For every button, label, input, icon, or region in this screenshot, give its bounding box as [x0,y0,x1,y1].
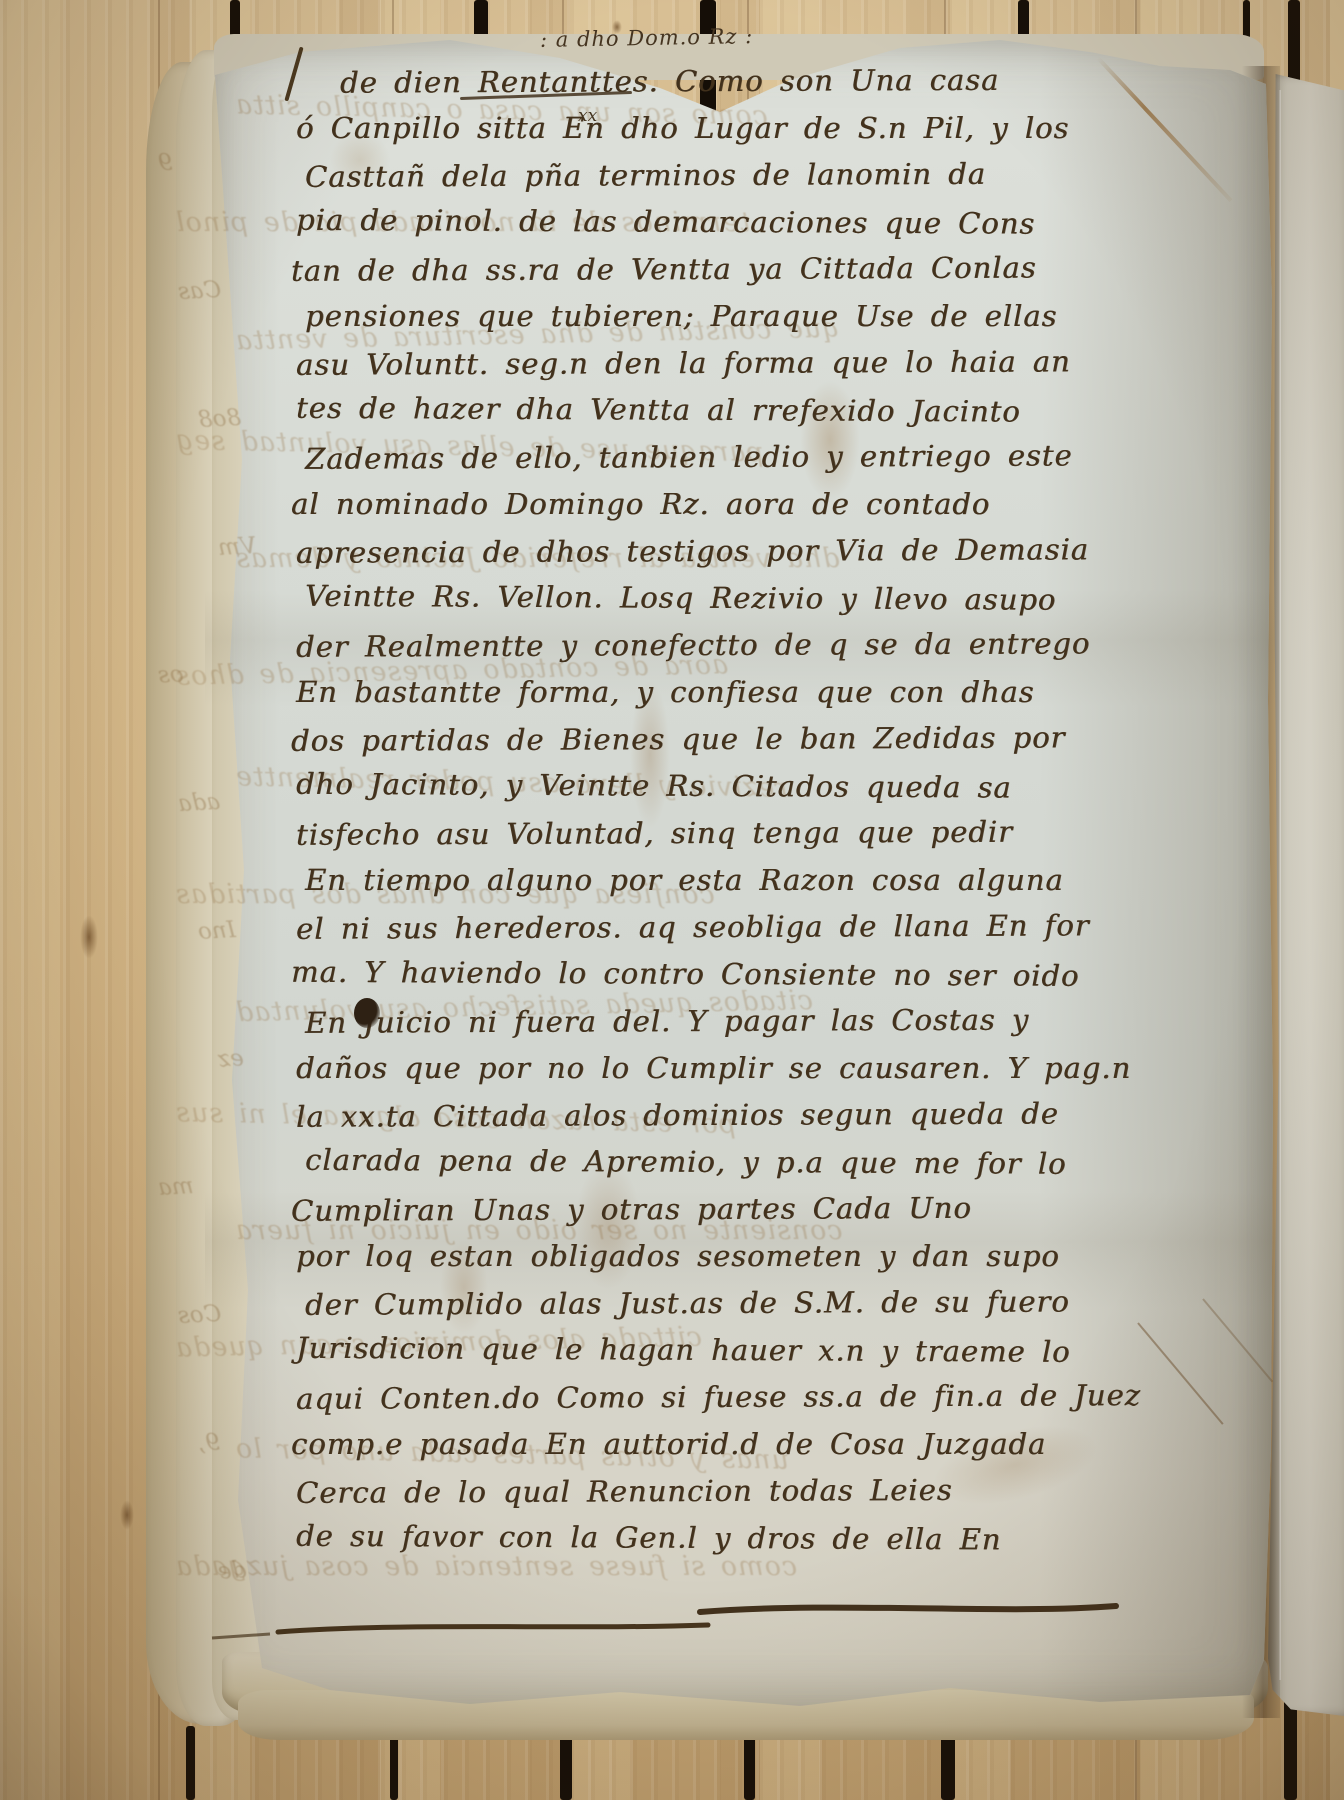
handwriting-line: de su favor con la Gen.l y dros de ella … [296,1513,1141,1564]
ink-blot [354,998,380,1028]
handwriting-line: Jurisdicion que le hagan hauer x.n y tra… [296,1325,1141,1376]
handwriting-line: asu Voluntt. seg.n den la forma que lo h… [296,338,1141,389]
handwriting-line: dos partidas de Bienes que le ban Zedida… [291,714,1141,765]
plank-gap [1284,1700,1297,1800]
handwriting-line: der Cumplido alas Just.as de S.M. de su … [305,1278,1141,1329]
photo-of-manuscript: { "scene_title": "Handwritten Spanish no… [0,0,1344,1800]
handwriting-line: ó Canpillo sitta En dho Lugar de S.n Pil… [296,105,1141,152]
interlinear-note: : a dho Dom.o Rz : [540,24,754,52]
plank-gap [186,1726,195,1800]
handwriting-line: apresencia de dhos testigos por Via de D… [296,526,1141,577]
handwriting-line: En tiempo alguno por esta Razon cosa alg… [305,857,1141,904]
handwriting-line: pensiones que tubieren; Paraque Use de e… [305,293,1141,340]
handwriting-line: tisfecho asu Voluntad, sinq tenga que pe… [296,808,1141,859]
handwriting-line: comp.e pasada En auttorid.d de Cosa Juzg… [291,1421,1141,1468]
handwriting-line: ma. Y haviendo lo contro Consiente no se… [291,949,1141,1000]
handwriting-line: el ni sus herederos. aq seobliga de llan… [296,902,1141,953]
handwriting-line: Cumpliran Unas y otras partes Cada Uno [291,1184,1141,1235]
handwriting-line: pia de pinol. de las demarcaciones que C… [296,197,1141,248]
handwriting-line: En bastantte forma, y confiesa que con d… [296,669,1141,716]
handwriting-block: de dien Rentanttes. Como son Una casaó C… [296,58,1141,1562]
handwriting-line: Zademas de ello, tanbien ledio y entrieg… [305,432,1141,483]
handwriting-line: tan de dha ss.ra de Ventta ya Cittada Co… [291,244,1141,295]
handwriting-line: aqui Conten.do Como si fuese ss.a de fin… [296,1372,1141,1423]
handwriting-line: Cerca de lo qual Renuncion todas Leies [296,1466,1141,1517]
handwriting-line: En Juicio ni fuera del. Y pagar las Cost… [305,996,1141,1047]
handwriting-line: la xx.ta Cittada alos dominios segun que… [296,1090,1141,1141]
wood-knot [120,1500,134,1530]
handwriting-line: por loq estan obligados sesometen y dan … [296,1233,1141,1280]
handwriting-line: tes de hazer dha Ventta al rrefexido Jac… [296,385,1141,436]
handwriting-line: daños que por no lo Cumplir se causaren.… [296,1045,1141,1092]
handwriting-line: Veintte Rs. Vellon. Losq Rezivio y llevo… [305,573,1141,624]
handwriting-line: Casttañ dela pña terminos de lanomin da [305,150,1141,201]
handwriting-line: clarada pena de Apremio, y p.a que me fo… [305,1137,1141,1188]
handwriting-line: dho Jacinto, y Veintte Rs. Citados queda… [296,761,1141,812]
ink-underline-flourish [200,1578,1150,1668]
wood-knot [80,915,98,959]
handwriting-line: al nominado Domingo Rz. aora de contado [291,481,1141,528]
handwriting-line: der Realmentte y conefectto de q se da e… [296,620,1141,671]
